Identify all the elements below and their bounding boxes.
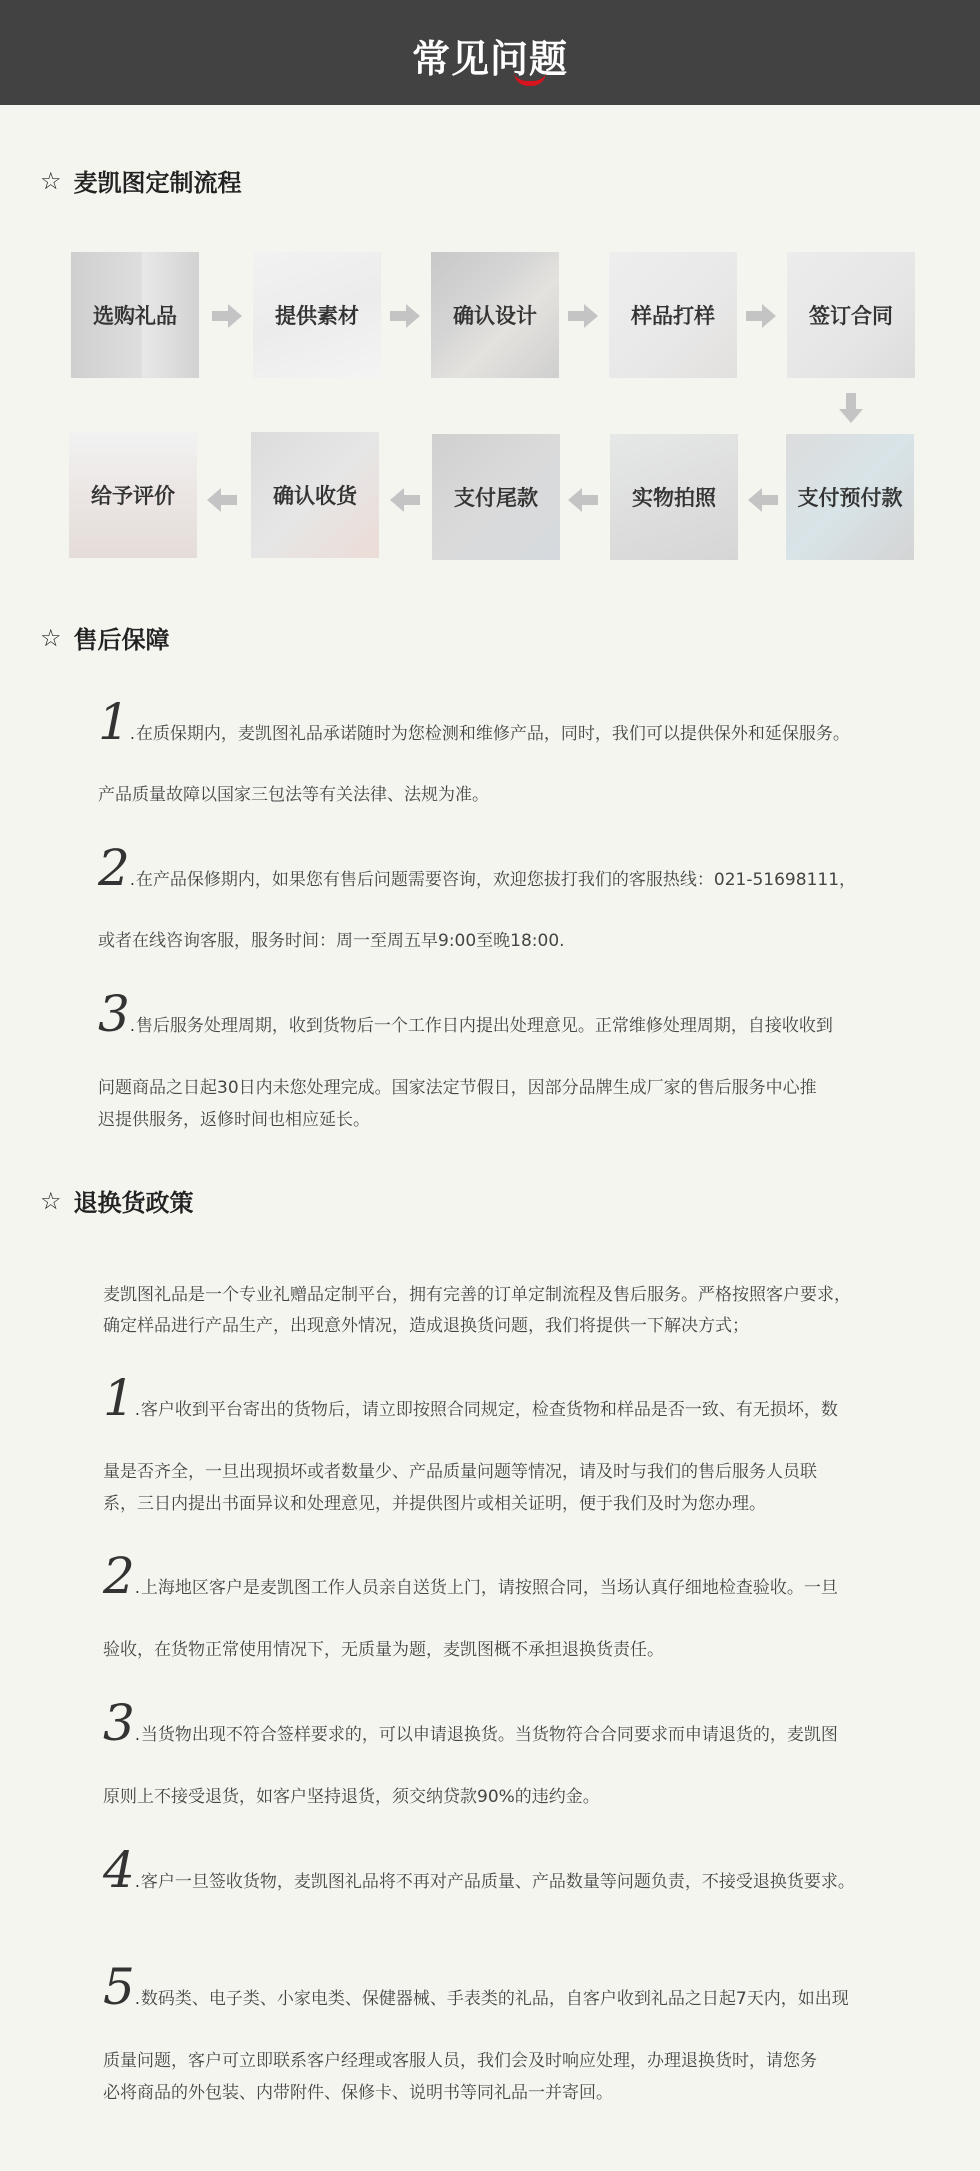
star-outline-icon: ☆ [40, 624, 62, 652]
number-dot: . [130, 724, 135, 743]
star-outline-icon: ☆ [40, 167, 62, 195]
item-text: 迟提供服务，返修时间也相应延长。 [98, 1105, 370, 1130]
section-title-returns: ☆ 退换货政策 [40, 1183, 194, 1218]
section-title-process: ☆ 麦凯图定制流程 [40, 163, 242, 198]
arrow-left-icon [390, 488, 420, 512]
returns-item-5: 5.数码类、电子类、小家电类、保健器械、手表类的礼品，自客户收到礼品之日起7天内… [103, 1962, 849, 2012]
item-text: 量是否齐全，一旦出现损坏或者数量少、产品质量问题等情况，请及时与我们的售后服务人… [103, 1457, 817, 1482]
number-dot: . [135, 1872, 140, 1891]
step-label: 给予评价 [91, 480, 175, 510]
flow-step-confirm-design: 确认设计 [431, 252, 559, 378]
returns-item-2: 2.上海地区客户是麦凯图工作人员亲自送货上门，请按照合同，当场认真仔细地检查验收… [103, 1551, 838, 1601]
flow-step-photo: 实物拍照 [610, 434, 738, 560]
arrow-left-icon [568, 488, 598, 512]
arrow-right-icon [212, 304, 242, 328]
item-text: 验收，在货物正常使用情况下，无质量为题，麦凯图概不承担退换货责任。 [103, 1635, 664, 1660]
number-dot: . [130, 870, 135, 889]
step-label: 签订合同 [809, 300, 893, 330]
item-text: 客户收到平台寄出的货物后，请立即按照合同规定，检查货物和样品是否一致、有无损坏，… [141, 1400, 838, 1420]
item-text: 数码类、电子类、小家电类、保健器械、手表类的礼品，自客户收到礼品之日起7天内，如… [141, 1989, 849, 2009]
step-label: 确认收货 [273, 480, 357, 510]
step-label: 样品打样 [631, 300, 715, 330]
after-sales-item-3: 3.售后服务处理周期，收到货物后一个工作日内提出处理意见。正常维修处理周期，自接… [98, 989, 833, 1039]
item-text: 售后服务处理周期，收到货物后一个工作日内提出处理意见。正常维修处理周期，自接收收… [136, 1016, 833, 1036]
page-header: 常见问题 [0, 0, 980, 105]
number-dot: . [130, 1016, 135, 1035]
page-title: 常见问题 [0, 28, 980, 83]
section-title-text: 麦凯图定制流程 [74, 163, 242, 198]
step-label: 提供素材 [275, 300, 359, 330]
item-number: 3 [98, 985, 130, 1043]
returns-intro: 麦凯图礼品是一个专业礼赠品定制平台，拥有完善的订单定制流程及售后服务。严格按照客… [103, 1280, 851, 1305]
after-sales-item-2: 2.在产品保修期内，如果您有售后问题需要咨询，欢迎您拔打我们的客服热线：021-… [98, 843, 856, 893]
flow-step-sample: 样品打样 [609, 252, 737, 378]
flow-step-confirm-receipt: 确认收货 [251, 432, 379, 558]
flow-step-review: 给予评价 [69, 432, 197, 558]
flow-step-provide-material: 提供素材 [253, 252, 381, 378]
after-sales-item-1: 1.在质保期内，麦凯图礼品承诺随时为您检测和维修产品，同时，我们可以提供保外和延… [98, 697, 850, 747]
section-title-after-sales: ☆ 售后保障 [40, 620, 170, 655]
item-number: 2 [103, 1547, 135, 1605]
step-label: 支付尾款 [454, 482, 538, 512]
returns-item-4: 4.客户一旦签收货物，麦凯图礼品将不再对产品质量、产品数量等问题负责，不接受退换… [103, 1845, 855, 1895]
returns-item-1: 1.客户收到平台寄出的货物后，请立即按照合同规定，检查货物和样品是否一致、有无损… [103, 1373, 838, 1423]
item-text: 当货物出现不符合签样要求的，可以申请退换货。当货物符合合同要求而申请退货的，麦凯… [141, 1725, 838, 1745]
section-title-text: 售后保障 [74, 620, 170, 655]
arrow-right-icon [568, 304, 598, 328]
item-number: 1 [98, 693, 130, 751]
item-text: 在产品保修期内，如果您有售后问题需要咨询，欢迎您拔打我们的客服热线：021-51… [136, 870, 856, 890]
arrow-left-icon [748, 488, 778, 512]
item-number: 3 [103, 1694, 135, 1752]
item-text: 在质保期内，麦凯图礼品承诺随时为您检测和维修产品，同时，我们可以提供保外和延保服… [136, 724, 850, 744]
number-dot: . [135, 1400, 140, 1419]
number-dot: . [135, 1725, 140, 1744]
section-title-text: 退换货政策 [74, 1183, 194, 1218]
flow-step-sign-contract: 签订合同 [787, 252, 915, 378]
step-label: 支付预付款 [798, 482, 903, 512]
item-number: 2 [98, 839, 130, 897]
step-label: 选购礼品 [93, 300, 177, 330]
arrow-right-icon [746, 304, 776, 328]
item-text: 问题商品之日起30日内未您处理完成。国家法定节假日，因部分品牌生成厂家的售后服务… [98, 1073, 817, 1098]
item-number: 4 [103, 1841, 135, 1899]
item-text: 必将商品的外包装、内带附件、保修卡、说明书等同礼品一并寄回。 [103, 2078, 613, 2103]
item-number: 1 [103, 1369, 135, 1427]
item-text: 产品质量故障以国家三包法等有关法律、法规为准。 [98, 780, 489, 805]
item-number: 5 [103, 1958, 135, 2016]
flow-step-pay-deposit: 支付预付款 [786, 434, 914, 560]
item-text: 客户一旦签收货物，麦凯图礼品将不再对产品质量、产品数量等问题负责，不接受退换货要… [141, 1872, 855, 1892]
star-outline-icon: ☆ [40, 1187, 62, 1215]
item-text: 系，三日内提出书面异议和处理意见，并提供图片或相关证明，便于我们及时为您办理。 [103, 1489, 766, 1514]
step-label: 实物拍照 [632, 482, 716, 512]
arrow-down-icon [839, 393, 863, 423]
flow-step-pay-balance: 支付尾款 [432, 434, 560, 560]
number-dot: . [135, 1578, 140, 1597]
returns-intro: 确定样品进行产品生产，出现意外情况，造成退换货问题，我们将提供一下解决方式； [103, 1311, 749, 1336]
step-label: 确认设计 [453, 300, 537, 330]
item-text: 上海地区客户是麦凯图工作人员亲自送货上门，请按照合同，当场认真仔细地检查验收。一… [141, 1578, 838, 1598]
smile-accent-icon [514, 72, 546, 86]
item-text: 或者在线咨询客服，服务时间：周一至周五早9:00至晚18:00. [98, 926, 565, 951]
returns-item-3: 3.当货物出现不符合签样要求的，可以申请退换货。当货物符合合同要求而申请退货的，… [103, 1698, 838, 1748]
flow-step-select-gift: 选购礼品 [71, 252, 199, 378]
item-text: 原则上不接受退货，如客户坚持退货，须交纳贷款90%的违约金。 [103, 1782, 600, 1807]
arrow-left-icon [207, 488, 237, 512]
number-dot: . [135, 1989, 140, 2008]
arrow-right-icon [390, 304, 420, 328]
item-text: 质量问题，客户可立即联系客户经理或客服人员，我们会及时响应处理，办理退换货时，请… [103, 2046, 817, 2071]
